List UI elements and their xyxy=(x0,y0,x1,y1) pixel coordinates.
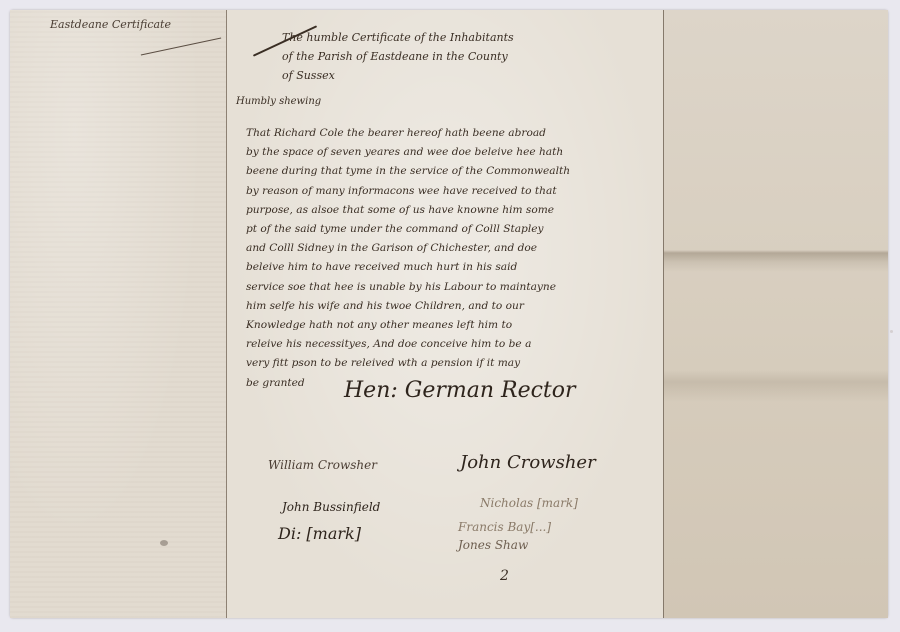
ink-speck xyxy=(890,330,893,333)
signature-nicholas: Nicholas [mark] xyxy=(480,496,578,510)
title-line: of the Parish of Eastdeane in the County xyxy=(282,47,514,66)
right-fold-panel xyxy=(664,10,888,618)
certificate-body: That Richard Cole the bearer hereof hath… xyxy=(246,124,666,393)
rector-signature: Hen: German Rector xyxy=(344,378,576,403)
title-line: of Sussex xyxy=(282,66,514,85)
title-line: The humble Certificate of the Inhabitant… xyxy=(282,28,514,47)
body-line: by the space of seven yeares and wee doe… xyxy=(246,143,666,162)
salutation: Humbly shewing xyxy=(236,96,321,107)
body-line: purpose, as alsoe that some of us have k… xyxy=(246,201,666,220)
body-line: and Colll Sidney in the Garison of Chich… xyxy=(246,239,666,258)
body-line: him selfe his wife and his twoe Children… xyxy=(246,297,666,316)
signature-francis: Francis Bay[...] xyxy=(458,520,551,534)
signature-di-mark: Di: [mark] xyxy=(278,524,361,543)
endorsement-text: Eastdeane Certificate xyxy=(50,18,171,31)
certificate-title: The humble Certificate of the Inhabitant… xyxy=(282,28,514,85)
body-line: pt of the said tyme under the command of… xyxy=(246,220,666,239)
signature-william-crowsher: William Crowsher xyxy=(268,458,377,472)
body-line: service soe that hee is unable by his La… xyxy=(246,278,666,297)
body-line: beleive him to have received much hurt i… xyxy=(246,258,666,277)
signature-jones-shaw: Jones Shaw xyxy=(458,538,528,552)
signature-john-bussinfield: John Bussinfield xyxy=(282,500,380,514)
ink-blot xyxy=(160,540,168,546)
body-line: releive his necessityes, And doe conceiv… xyxy=(246,335,666,354)
body-line: Knowledge hath not any other meanes left… xyxy=(246,316,666,335)
body-line: beene during that tyme in the service of… xyxy=(246,162,666,181)
left-fold-panel xyxy=(10,10,227,618)
signature-john-crowsher: John Crowsher xyxy=(460,452,596,473)
body-line: That Richard Cole the bearer hereof hath… xyxy=(246,124,666,143)
body-line: very fitt pson to be releived wth a pens… xyxy=(246,354,666,373)
folio-number: 2 xyxy=(500,568,509,584)
body-line: by reason of many informacons wee have r… xyxy=(246,182,666,201)
